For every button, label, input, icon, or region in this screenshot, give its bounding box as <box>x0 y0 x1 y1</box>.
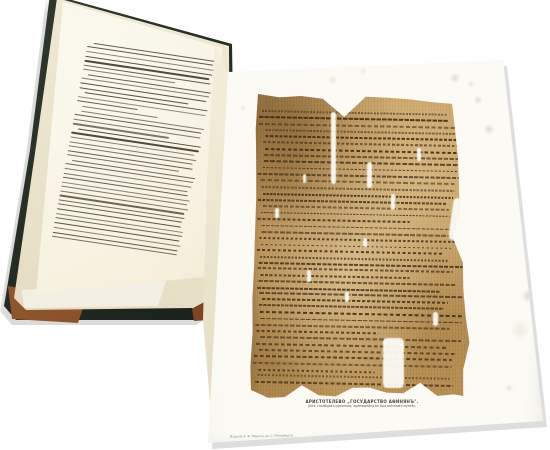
script-line <box>265 129 465 135</box>
lacuna <box>345 292 349 302</box>
foxing-spot <box>510 320 530 340</box>
script-line <box>260 212 449 218</box>
script-line <box>258 267 453 273</box>
script-line <box>258 374 450 380</box>
script-line <box>263 205 449 211</box>
lacuna <box>391 194 395 210</box>
script-line <box>261 274 410 279</box>
script-line <box>259 262 463 268</box>
script-line <box>258 369 374 373</box>
script-line <box>264 154 464 160</box>
lacuna <box>331 112 336 184</box>
script-line <box>253 362 452 368</box>
script-line <box>259 123 456 129</box>
script-line <box>262 298 448 304</box>
script-line <box>259 304 444 310</box>
script-line <box>255 323 449 329</box>
foxing-spot <box>450 73 460 83</box>
script-line <box>261 244 451 250</box>
script-line <box>262 186 454 192</box>
lacuna <box>363 238 367 247</box>
lacuna <box>367 162 372 188</box>
script-line <box>256 249 444 255</box>
script-line <box>265 148 465 154</box>
script-line <box>259 349 457 355</box>
script-line <box>259 237 456 243</box>
script-line <box>257 286 440 292</box>
script-line <box>261 179 455 185</box>
script-line <box>262 224 464 230</box>
script-line <box>265 135 466 141</box>
foxing-spot <box>484 124 494 134</box>
foxing-spot <box>474 96 482 104</box>
foxing-spot <box>240 105 246 111</box>
script-line <box>263 167 458 173</box>
text-line <box>54 227 181 247</box>
lacuna <box>433 312 438 326</box>
lacuna <box>275 208 279 218</box>
foxing-spot <box>505 384 513 392</box>
script-line <box>260 256 448 262</box>
lacuna <box>417 148 421 161</box>
foxing-spot <box>360 68 366 74</box>
script-line <box>254 355 452 361</box>
papyrus-script-lines <box>252 110 466 392</box>
foxing-spot <box>468 81 474 87</box>
script-line <box>264 160 460 166</box>
script-line <box>257 218 410 223</box>
script-line <box>260 336 461 342</box>
lacuna <box>307 270 311 282</box>
papyrus-facsimile <box>245 88 477 406</box>
script-line <box>262 231 459 237</box>
lacuna <box>303 174 306 183</box>
script-line <box>258 199 447 205</box>
script-line <box>257 173 463 179</box>
plate-caption: АРИСТОТЕЛЕВО „ГОСУДАРСТВО АѲИНЯНЪ". (Изъ… <box>262 399 462 408</box>
caption-subtitle: (Изъ столбцовъ рукописи, хранящейся въ Б… <box>262 404 462 408</box>
script-line <box>256 330 378 334</box>
script-line <box>262 110 447 116</box>
foxing-spot <box>329 76 337 84</box>
photo-scene: АРИСТОТЕЛЕВО „ГОСУДАРСТВО АѲИНЯНЪ". (Изъ… <box>0 0 550 450</box>
script-line <box>258 280 455 286</box>
lacuna <box>383 338 404 388</box>
script-line <box>256 342 449 348</box>
script-line <box>263 193 453 199</box>
script-line <box>264 141 466 147</box>
script-line <box>259 116 448 122</box>
